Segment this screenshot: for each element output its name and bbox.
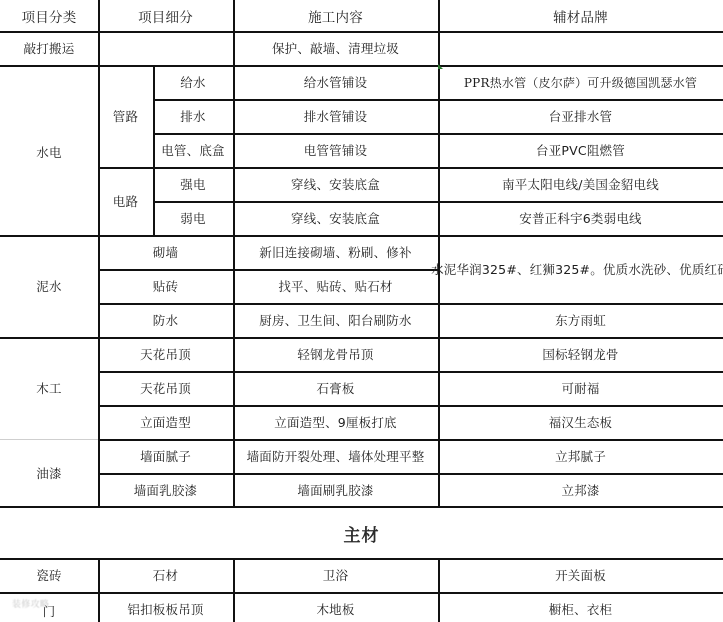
main-materials-title: 主材 bbox=[0, 508, 723, 558]
pe-brand-4: 安普正科宇6类弱电线 bbox=[438, 201, 723, 235]
category-carpentry: 木工 bbox=[0, 337, 98, 439]
pe-brand-1: 台亚排水管 bbox=[438, 99, 723, 133]
painting-sub-0: 墙面腻子 bbox=[98, 439, 233, 473]
category-plumbing-electric: 水电 bbox=[0, 65, 98, 235]
header-content: 施工内容 bbox=[233, 0, 438, 31]
masonry-content-1: 找平、贴砖、贴石材 bbox=[233, 269, 438, 303]
pe-sub-2: 电管、底盒 bbox=[153, 133, 233, 167]
main-material-r1-c4: 开关面板 bbox=[438, 558, 723, 592]
masonry-content-2: 厨房、卫生间、阳台刷防水 bbox=[233, 303, 438, 337]
header-subcategory: 项目细分 bbox=[98, 0, 233, 31]
masonry-brand-2: 东方雨虹 bbox=[438, 303, 723, 337]
category-demolition: 敲打搬运 bbox=[0, 31, 98, 65]
pe-sub-4: 弱电 bbox=[153, 201, 233, 235]
painting-brand-0: 立邦腻子 bbox=[438, 439, 723, 473]
carpentry-sub-2: 立面造型 bbox=[98, 405, 233, 439]
carpentry-content-0: 轻钢龙骨吊顶 bbox=[233, 337, 438, 371]
pe-content-2: 电管管铺设 bbox=[233, 133, 438, 167]
pe-brand-3: 南平太阳电线/美国金貂电线 bbox=[438, 167, 723, 201]
pe-sub-3: 强电 bbox=[153, 167, 233, 201]
masonry-shared-brand: 水泥华润325#、红狮325#。优质水洗砂、优质红砖 bbox=[438, 235, 723, 303]
main-material-r1-c2: 石材 bbox=[98, 558, 233, 592]
carpentry-sub-0: 天花吊顶 bbox=[98, 337, 233, 371]
carpentry-brand-2: 福汉生态板 bbox=[438, 405, 723, 439]
painting-content-0: 墙面防开裂处理、墙体处理平整 bbox=[233, 439, 438, 473]
pe-brand-0: PPR热水管（皮尔萨）可升级德国凯瑟水管 bbox=[438, 65, 723, 99]
pe-content-3: 穿线、安装底盒 bbox=[233, 167, 438, 201]
carpentry-sub-1: 天花吊顶 bbox=[98, 371, 233, 405]
pe-sub-0: 给水 bbox=[153, 65, 233, 99]
pe-sub-1: 排水 bbox=[153, 99, 233, 133]
masonry-sub-0: 砌墙 bbox=[98, 235, 233, 269]
painting-content-1: 墙面刷乳胶漆 bbox=[233, 473, 438, 506]
header-category: 项目分类 bbox=[0, 0, 98, 31]
carpentry-content-2: 立面造型、9厘板打底 bbox=[233, 405, 438, 439]
masonry-sub-2: 防水 bbox=[98, 303, 233, 337]
main-material-r2-c2: 铝扣板板吊顶 bbox=[98, 594, 233, 622]
main-material-r2-c4: 橱柜、衣柜 bbox=[438, 594, 723, 622]
masonry-sub-1: 贴砖 bbox=[98, 269, 233, 303]
carpentry-brand-1: 可耐福 bbox=[438, 371, 723, 405]
painting-sub-1: 墙面乳胶漆 bbox=[98, 473, 233, 506]
demolition-content: 保护、敲墙、清理垃圾 bbox=[233, 31, 438, 65]
pe-content-0: 给水管铺设 bbox=[233, 65, 438, 99]
carpentry-content-1: 石膏板 bbox=[233, 371, 438, 405]
pe-brand-2: 台亚PVC阻燃管 bbox=[438, 133, 723, 167]
pe-content-4: 穿线、安装底盒 bbox=[233, 201, 438, 235]
group-pipes: 管路 bbox=[98, 65, 153, 167]
category-painting: 油漆 bbox=[0, 439, 98, 506]
watermark: 装修攻略 bbox=[12, 597, 49, 610]
carpentry-brand-0: 国标轻钢龙骨 bbox=[438, 337, 723, 371]
masonry-content-0: 新旧连接砌墙、粉刷、修补 bbox=[233, 235, 438, 269]
group-circuits: 电路 bbox=[98, 167, 153, 235]
painting-brand-1: 立邦漆 bbox=[438, 473, 723, 506]
main-material-r2-c3: 木地板 bbox=[233, 594, 438, 622]
demolition-brand bbox=[438, 31, 723, 65]
materials-spreadsheet: 项目分类 项目细分 施工内容 辅材品牌 敲打搬运 保护、敲墙、清理垃圾 水电 管… bbox=[0, 0, 723, 622]
category-masonry: 泥水 bbox=[0, 235, 98, 337]
pe-content-1: 排水管铺设 bbox=[233, 99, 438, 133]
header-brand: 辅材品牌 bbox=[438, 0, 723, 31]
main-material-r1-c3: 卫浴 bbox=[233, 558, 438, 592]
main-material-r1-c1: 瓷砖 bbox=[0, 558, 98, 592]
demolition-sub bbox=[98, 31, 233, 65]
